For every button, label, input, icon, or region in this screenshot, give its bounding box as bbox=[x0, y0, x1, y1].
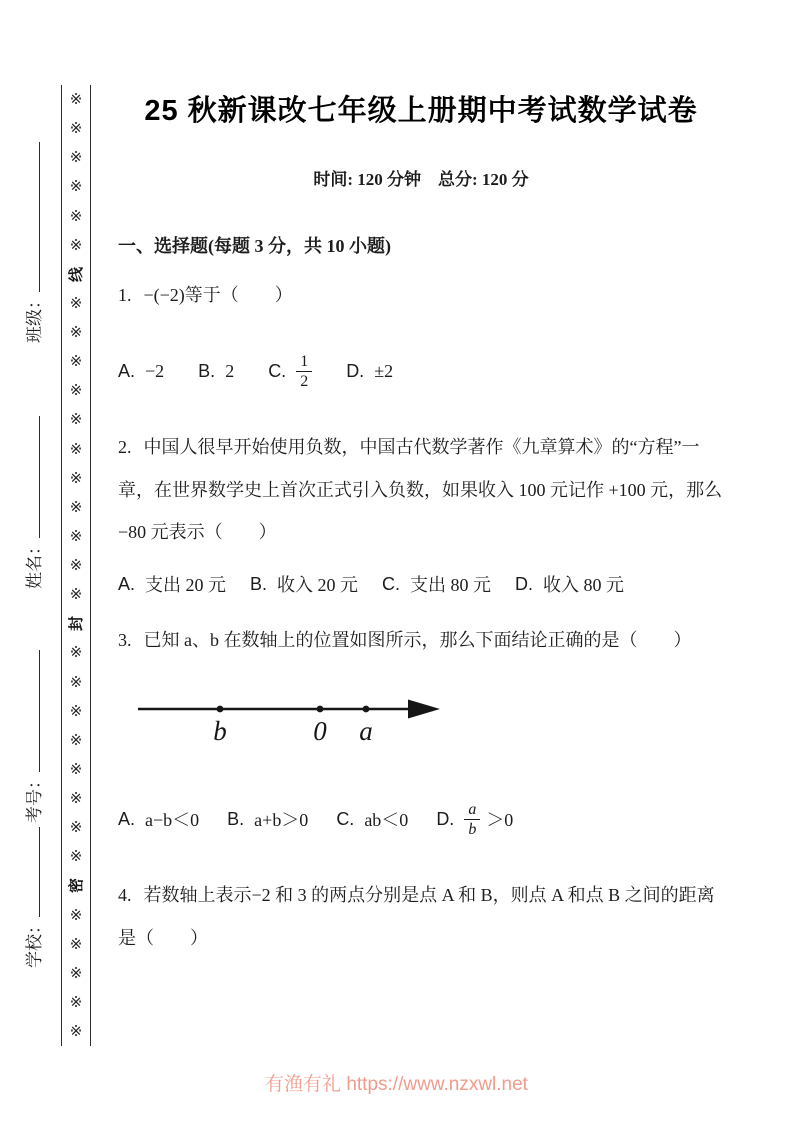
question-2-options: A.支出 20 元 B.收入 20 元 C.支出 80 元 D.收入 80 元 bbox=[118, 571, 724, 597]
seal-mark: ※ bbox=[62, 318, 90, 347]
seal-mark: ※ bbox=[62, 202, 90, 231]
q2-option-a: A.支出 20 元 bbox=[118, 571, 226, 597]
question-4: 4.若数轴上表示−2 和 3 的两点分别是点 A 和 B，则点 A 和点 B 之… bbox=[118, 874, 724, 959]
point-b-dot bbox=[217, 706, 224, 713]
seal-mark: ※ bbox=[62, 464, 90, 493]
sidebar-field-name: 姓名： bbox=[6, 406, 58, 598]
seal-mark: ※ bbox=[62, 784, 90, 813]
seal-mark: ※ bbox=[62, 347, 90, 376]
seal-mark: ※ bbox=[62, 1017, 90, 1046]
question-1: 1.−(−2)等于（ ） bbox=[118, 274, 724, 316]
seal-mark: ※ bbox=[62, 988, 90, 1017]
number-line-figure: b 0 a bbox=[136, 695, 448, 747]
question-3: 3.已知 a、b 在数轴上的位置如图所示，那么下面结论正确的是（ ） bbox=[118, 619, 724, 661]
question-4-number: 4. bbox=[118, 885, 132, 905]
seal-mark: ※ bbox=[62, 376, 90, 405]
exam-content: 25 秋新课改七年级上册期中考试数学试卷 时间: 120 分钟 总分: 120 … bbox=[118, 88, 724, 959]
seal-mark: ※ bbox=[62, 522, 90, 551]
seal-mark: ※ bbox=[62, 172, 90, 201]
q3-option-b: B.a+b＞0 bbox=[227, 806, 308, 832]
seal-char: 线 bbox=[65, 267, 86, 282]
question-1-text: −(−2)等于（ ） bbox=[144, 285, 293, 305]
seal-mark: ※ bbox=[62, 842, 90, 871]
seal-mark: ※ bbox=[62, 405, 90, 434]
exam-number-blank-line bbox=[23, 650, 39, 772]
exam-number-label: 考号： bbox=[20, 772, 45, 823]
seal-mark: ※ bbox=[62, 638, 90, 667]
seal-mark: ※ bbox=[62, 755, 90, 784]
question-3-number: 3. bbox=[118, 630, 132, 650]
seal-mark: ※ bbox=[62, 930, 90, 959]
q1-option-a: A.−2 bbox=[118, 361, 164, 382]
seal-mark: ※ bbox=[62, 580, 90, 609]
seal-mark: ※ bbox=[62, 435, 90, 464]
seal-mark: ※ bbox=[62, 551, 90, 580]
seal-mark: ※ bbox=[62, 114, 90, 143]
seal-mark: ※ bbox=[62, 231, 90, 260]
seal-mark: ※ bbox=[62, 85, 90, 114]
class-label: 班级： bbox=[20, 292, 45, 343]
seal-line-strip: ※※※※※※线※※※※※※※※※※※封※※※※※※※※密※※※※※ bbox=[61, 85, 91, 1046]
q3-option-a: A.a−b＜0 bbox=[118, 806, 199, 832]
seal-mark: ※ bbox=[62, 726, 90, 755]
section-heading: 一、选择题(每题 3 分，共 10 小题) bbox=[118, 232, 724, 258]
school-label: 学校： bbox=[20, 917, 45, 968]
q1-option-b: B.2 bbox=[198, 361, 234, 382]
question-3-text: 已知 a、b 在数轴上的位置如图所示，那么下面结论正确的是（ ） bbox=[144, 630, 692, 650]
question-1-number: 1. bbox=[118, 285, 132, 305]
point-0-label: 0 bbox=[313, 716, 327, 746]
point-a-label: a bbox=[359, 716, 373, 746]
question-2-text: 中国人很早开始使用负数，中国古代数学著作《九章算术》的“方程”一章，在世界数学史… bbox=[118, 437, 722, 542]
footer-watermark: 有渔有礼 https://www.nzxwl.net bbox=[0, 1069, 793, 1096]
q2-option-d: D.收入 80 元 bbox=[515, 571, 624, 597]
seal-mark: ※ bbox=[62, 959, 90, 988]
sidebar-field-school: 学校： bbox=[6, 818, 58, 976]
seal-char: 密 bbox=[65, 878, 86, 893]
seal-mark: ※ bbox=[62, 697, 90, 726]
question-2: 2.中国人很早开始使用负数，中国古代数学著作《九章算术》的“方程”一章，在世界数… bbox=[118, 426, 724, 553]
seal-char-cell: 密 bbox=[62, 871, 90, 900]
q3-option-c: C.ab＜0 bbox=[336, 806, 408, 832]
q1-option-d: D.±2 bbox=[346, 361, 393, 382]
seal-mark: ※ bbox=[62, 901, 90, 930]
point-0-dot bbox=[317, 706, 324, 713]
sidebar-field-exam-number: 考号： bbox=[6, 640, 58, 832]
question-1-options: A.−2 B.2 C.12 D.±2 bbox=[118, 342, 724, 400]
seal-char-cell: 封 bbox=[62, 609, 90, 638]
name-blank-line bbox=[23, 416, 39, 538]
fraction-one-half: 12 bbox=[296, 352, 312, 391]
page-title: 25 秋新课改七年级上册期中考试数学试卷 bbox=[118, 88, 724, 129]
q3-option-d: D.ab＞0 bbox=[436, 800, 513, 839]
school-blank-line bbox=[23, 827, 39, 917]
name-label: 姓名： bbox=[20, 538, 45, 589]
class-blank-line bbox=[23, 142, 39, 292]
exam-time-score: 时间: 120 分钟 总分: 120 分 bbox=[118, 165, 724, 190]
fraction-a-over-b: ab bbox=[464, 800, 480, 839]
point-b-label: b bbox=[213, 716, 227, 746]
seal-mark: ※ bbox=[62, 289, 90, 318]
sidebar-field-class: 班级： bbox=[6, 132, 58, 352]
number-line-arrowhead bbox=[408, 700, 440, 719]
question-3-figure: b 0 a bbox=[136, 695, 724, 752]
q2-option-c: C.支出 80 元 bbox=[382, 571, 491, 597]
point-a-dot bbox=[363, 706, 370, 713]
q2-option-b: B.收入 20 元 bbox=[250, 571, 358, 597]
seal-mark: ※ bbox=[62, 143, 90, 172]
seal-mark: ※ bbox=[62, 493, 90, 522]
q1-option-c: C.12 bbox=[268, 352, 312, 391]
question-3-options: A.a−b＜0 B.a+b＞0 C.ab＜0 D.ab＞0 bbox=[118, 790, 724, 848]
question-2-number: 2. bbox=[118, 437, 132, 457]
seal-mark: ※ bbox=[62, 813, 90, 842]
seal-char: 封 bbox=[65, 616, 86, 631]
seal-mark: ※ bbox=[62, 668, 90, 697]
question-4-text: 若数轴上表示−2 和 3 的两点分别是点 A 和 B，则点 A 和点 B 之间的… bbox=[118, 885, 715, 947]
seal-char-cell: 线 bbox=[62, 260, 90, 289]
